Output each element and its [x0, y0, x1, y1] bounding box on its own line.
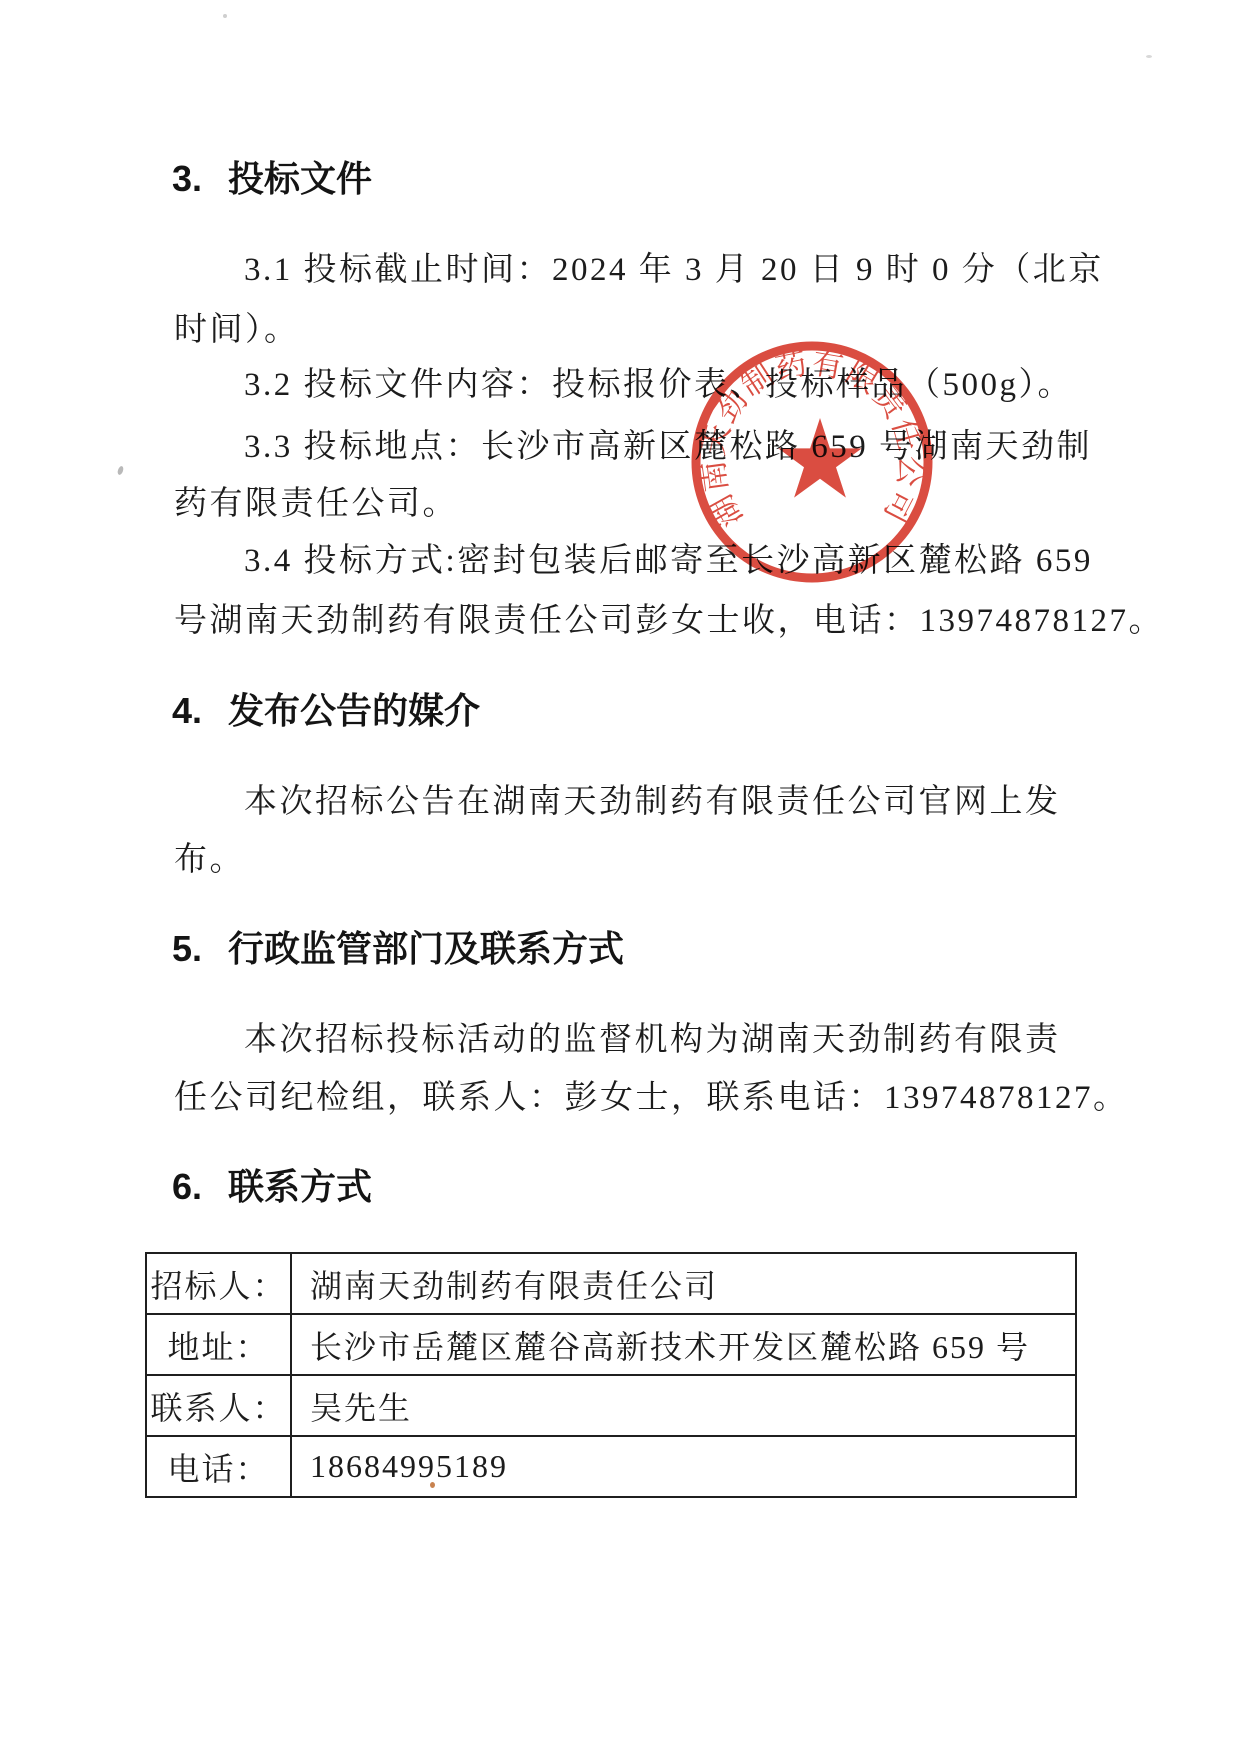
row-label: 电话： [146, 1436, 291, 1497]
section-5-heading: 5.行政监管部门及联系方式 [172, 926, 624, 972]
section-5-number: 5. [172, 926, 228, 972]
scan-speck [430, 1482, 435, 1488]
para-4-line-1: 本次招标公告在湖南天劲制药有限责任公司官网上发 [244, 780, 1061, 824]
table-row: 联系人： 吴先生 [146, 1375, 1076, 1436]
table-row: 招标人： 湖南天劲制药有限责任公司 [146, 1253, 1076, 1314]
para-3-4-line-1: 3.4 投标方式:密封包装后邮寄至长沙高新区麓松路 659 [244, 539, 1093, 583]
section-6-title: 联系方式 [228, 1166, 372, 1207]
table-row: 地址： 长沙市岳麓区麓谷高新技术开发区麓松路 659 号 [146, 1314, 1076, 1375]
para-3-1-line-1: 3.1 投标截止时间：2024 年 3 月 20 日 9 时 0 分（北京 [244, 248, 1104, 292]
section-3-title: 投标文件 [228, 158, 372, 199]
para-3-1-line-2: 时间）。 [174, 308, 300, 352]
row-label: 招标人： [146, 1253, 291, 1314]
section-4-title: 发布公告的媒介 [228, 690, 480, 731]
section-6-number: 6. [172, 1164, 228, 1210]
document-page: 3.投标文件 3.1 投标截止时间：2024 年 3 月 20 日 9 时 0 … [0, 0, 1242, 1755]
contact-table: 招标人： 湖南天劲制药有限责任公司 地址： 长沙市岳麓区麓谷高新技术开发区麓松路… [145, 1252, 1077, 1498]
row-value: 湖南天劲制药有限责任公司 [291, 1253, 1076, 1314]
para-5-line-2: 任公司纪检组，联系人：彭女士，联系电话：13974878127。 [174, 1076, 1129, 1120]
para-3-4-line-2: 号湖南天劲制药有限责任公司彭女士收，电话：13974878127。 [174, 599, 1164, 643]
scan-speck [1146, 55, 1152, 58]
row-label: 联系人： [146, 1375, 291, 1436]
section-3-heading: 3.投标文件 [172, 156, 372, 202]
row-label: 地址： [146, 1314, 291, 1375]
para-3-3-line-2: 药有限责任公司。 [174, 482, 458, 526]
para-3-3-line-1: 3.3 投标地点：长沙市高新区麓松路 659 号湖南天劲制 [244, 425, 1092, 469]
para-4-line-2: 布。 [174, 838, 245, 882]
section-6-heading: 6.联系方式 [172, 1164, 372, 1210]
section-4-number: 4. [172, 688, 228, 734]
section-5-title: 行政监管部门及联系方式 [228, 928, 624, 969]
scan-speck [117, 465, 125, 475]
section-4-heading: 4.发布公告的媒介 [172, 688, 480, 734]
table-row: 电话： 18684995189 [146, 1436, 1076, 1497]
scan-speck [223, 14, 227, 18]
section-3-number: 3. [172, 156, 228, 202]
row-value: 18684995189 [291, 1436, 1076, 1497]
para-5-line-1: 本次招标投标活动的监督机构为湖南天劲制药有限责 [244, 1018, 1061, 1062]
para-3-2-line-1: 3.2 投标文件内容：投标报价表、投标样品（500g）。 [244, 363, 1073, 407]
row-value: 吴先生 [291, 1375, 1076, 1436]
row-value: 长沙市岳麓区麓谷高新技术开发区麓松路 659 号 [291, 1314, 1076, 1375]
